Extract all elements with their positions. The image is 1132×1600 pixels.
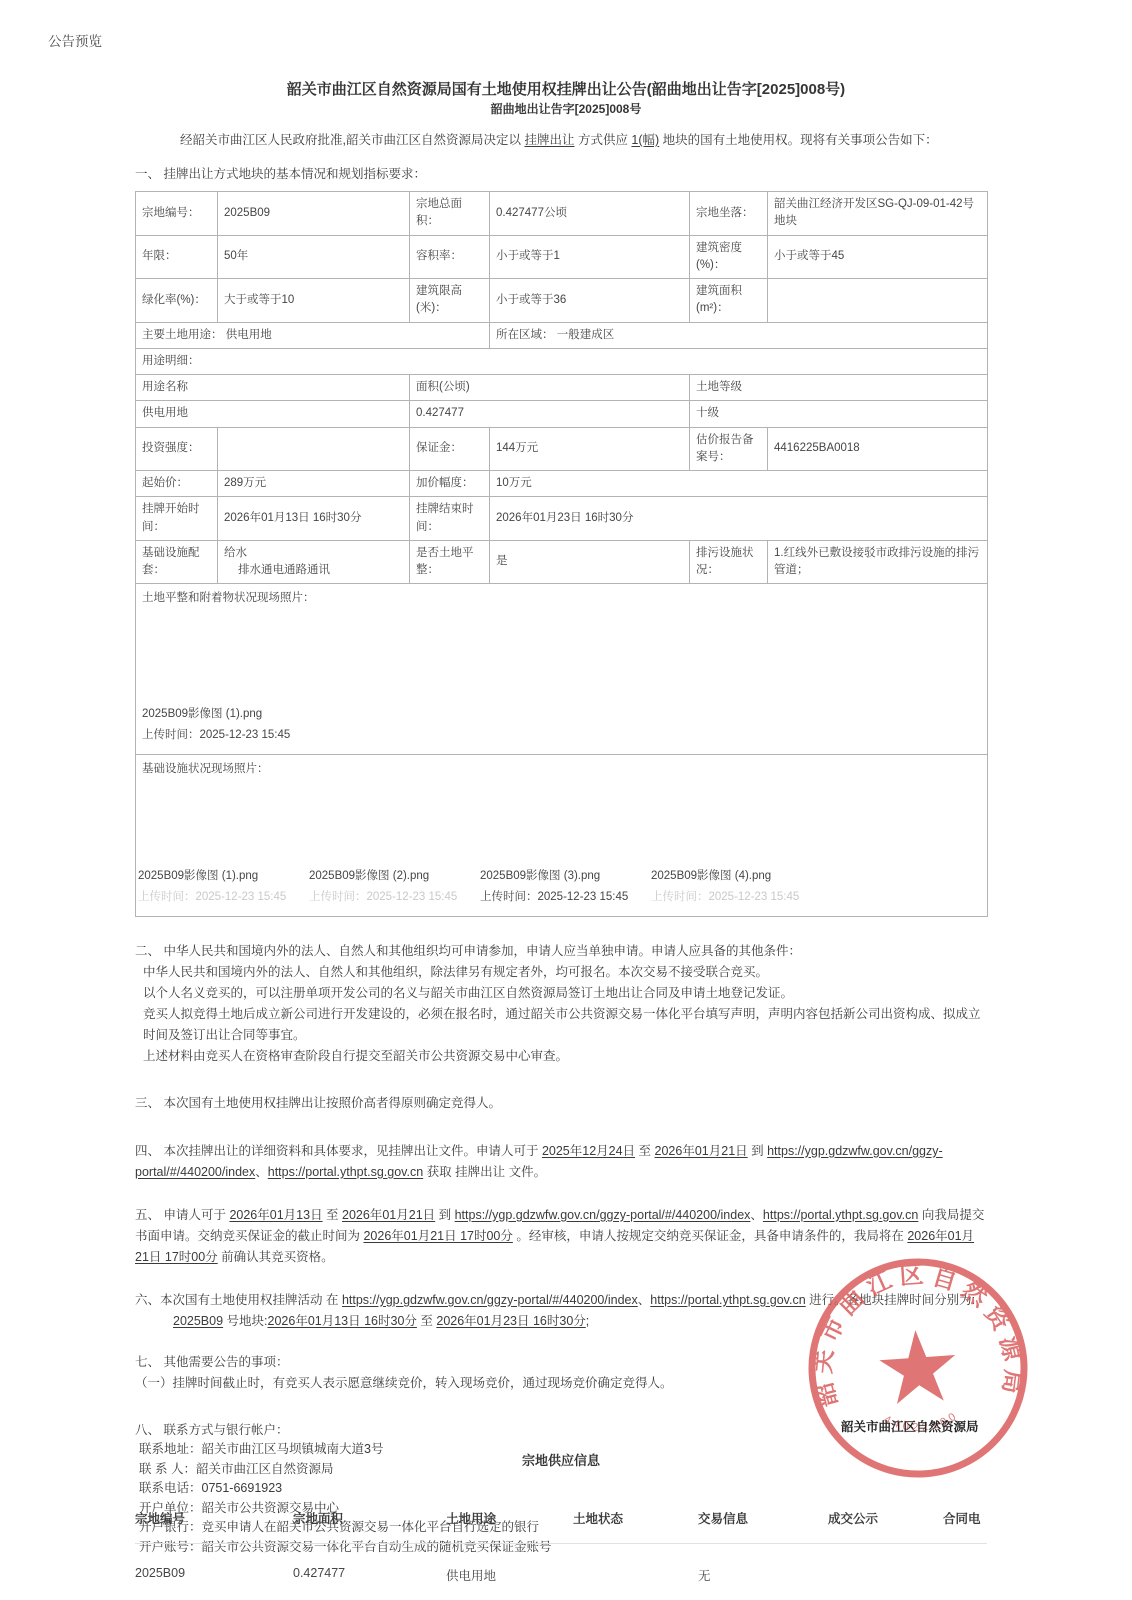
investment-label: 投资强度： <box>136 427 218 471</box>
col-land-status: 土地状态 <box>573 1509 698 1527</box>
text-segment: 、 <box>255 1165 268 1179</box>
parcel-info-table: 宗地编号： 2025B09 宗地总面积： 0.427477公顷 宗地坐落： 韶关… <box>135 191 988 917</box>
table-row: 起始价： 289万元 加价幅度： 10万元 <box>136 471 988 497</box>
photo1-filename: 2025B09影像图 (1).png <box>136 704 987 725</box>
use-header-name: 用途名称 <box>136 375 410 401</box>
text-segment: 、 <box>638 1293 651 1307</box>
text-segment: 2026年01月13日 16时30分 <box>268 1314 417 1328</box>
photo-filename: 2025B09影像图 (4).png <box>651 866 822 887</box>
photo-upload-time: 上传时间：2025-12-23 15:45 <box>138 887 309 908</box>
valuation-value: 4416225BA0018 <box>768 427 988 471</box>
start-price-value: 289万元 <box>218 471 410 497</box>
table-row: 挂牌开始时间： 2026年01月13日 16时30分 挂牌结束时间： 2026年… <box>136 497 988 541</box>
term-label: 年限： <box>136 235 218 279</box>
photo-upload-time: 上传时间：2025-12-23 15:45 <box>480 887 651 908</box>
cell-parcel-no: 2025B09 <box>135 1566 293 1584</box>
photo-upload-time: 上传时间：2025-12-23 15:45 <box>309 887 480 908</box>
text-segment: https://ygp.gdzwfw.gov.cn/ggzy-portal/#/… <box>342 1293 638 1307</box>
text-segment: 到 <box>748 1144 767 1158</box>
issuing-agency-signature: 韶关市曲江区自然资源局 <box>841 1417 979 1435</box>
col-parcel-area: 宗地面积 <box>293 1509 446 1527</box>
location-value: 韶关曲江经济开发区SG-QJ-09-01-42号地块 <box>768 192 988 236</box>
main-use-label: 主要土地用途： <box>142 329 223 341</box>
infra-label: 基础设施配套： <box>136 540 218 584</box>
text-segment: 2026年01月21日 17时00分 <box>363 1229 512 1243</box>
page-title: 韶关市曲江区自然资源局国有土地使用权挂牌出让公告(韶曲地出让告字[2025]00… <box>0 78 1132 99</box>
floor-area-value <box>768 279 988 323</box>
text-segment: 五、 申请人可于 <box>135 1208 229 1222</box>
region-cell: 所在区域： 一般建成区 <box>490 322 988 348</box>
col-parcel-no: 宗地编号 <box>135 1509 293 1527</box>
text-segment: 至 <box>635 1144 654 1158</box>
use-area-value: 0.427477 <box>410 401 690 427</box>
section3: 三、 本次国有土地使用权挂牌出让按照价高者得原则确定竞得人。 <box>135 1093 987 1114</box>
doc-number: 韶曲地出让告字[2025]008号 <box>0 100 1132 117</box>
site-photo-box-1: 土地平整和附着物状况现场照片： 2025B09影像图 (1).png 上传时间：… <box>136 584 987 754</box>
section1-heading: 一、 挂牌出让方式地块的基本情况和规划指标要求： <box>135 164 987 182</box>
text-segment: 2025年12月24日 <box>542 1144 635 1158</box>
increment-value: 10万元 <box>490 471 988 497</box>
table-row: 用途名称 面积(公顷) 土地等级 <box>136 375 988 401</box>
text-segment: https://ygp.gdzwfw.gov.cn/ggzy-portal/#/… <box>455 1208 751 1222</box>
table-row: 供电用地 0.427477 十级 <box>136 401 988 427</box>
sewage-value: 1.红线外已敷设接驳市政排污设施的排污管道； <box>768 540 988 584</box>
plot-ratio-value: 小于或等于1 <box>490 235 690 279</box>
photo2-file-list: 2025B09影像图 (1).png 上传时间：2025-12-23 15:45… <box>136 866 987 915</box>
text-segment: 号地块: <box>223 1314 267 1328</box>
text-segment: 、 <box>750 1208 763 1222</box>
use-name-value: 供电用地 <box>136 401 410 427</box>
infra-line2: 排水通电通路通讯 <box>224 562 403 579</box>
text-segment: 。经审核，申请人按规定交纳竞买保证金，具备申请条件的，我局将在 <box>513 1229 907 1243</box>
col-trade-info: 交易信息 <box>698 1509 828 1527</box>
use-header-area: 面积(公顷) <box>410 375 690 401</box>
table-row: 投资强度： 保证金： 144万元 估价报告备案号： 4416225BA0018 <box>136 427 988 471</box>
section2-line: 中华人民共和国境内外的法人、自然人和其他组织，除法律另有规定者外，均可报名。本次… <box>135 962 987 983</box>
text-segment: 前确认其竞买资格。 <box>218 1250 334 1264</box>
text-segment: 六、本次国有土地使用权挂牌活动 在 <box>135 1293 342 1307</box>
cell-contract <box>943 1566 987 1584</box>
floor-area-label: 建筑面积(m²)： <box>690 279 768 323</box>
supply-table: 宗地编号 宗地面积 土地用途 土地状态 交易信息 成交公示 合同电 2025B0… <box>135 1509 987 1584</box>
text-segment: 至 <box>417 1314 436 1328</box>
table-row: 基础设施状况现场照片： 2025B09影像图 (1).png 上传时间：2025… <box>136 755 988 917</box>
deposit-label: 保证金： <box>410 427 490 471</box>
intro-paragraph: 经韶关市曲江区人民政府批准,韶关市曲江区自然资源局决定以 挂牌出让 方式供应 1… <box>135 130 987 150</box>
table-row: 宗地编号： 2025B09 宗地总面积： 0.427477公顷 宗地坐落： 韶关… <box>136 192 988 236</box>
text-segment: 经韶关市曲江区人民政府批准,韶关市曲江区自然资源局决定以 <box>180 133 524 147</box>
text-segment: 2026年01月23日 16时30分 <box>436 1314 585 1328</box>
table-row: 年限： 50年 容积率： 小于或等于1 建筑密度(%)： 小于或等于45 <box>136 235 988 279</box>
density-label: 建筑密度(%)： <box>690 235 768 279</box>
total-area-label: 宗地总面积： <box>410 192 490 236</box>
listing-end-label: 挂牌结束时间： <box>410 497 490 541</box>
text-segment: 四、 本次挂牌出让的详细资料和具体要求，见挂牌出让文件。申请人可于 <box>135 1144 542 1158</box>
main-use-cell: 主要土地用途： 供电用地 <box>136 322 490 348</box>
seal-star-icon <box>877 1327 958 1405</box>
text-segment: 挂牌出让 <box>524 133 574 147</box>
sewage-label: 排污设施状况： <box>690 540 768 584</box>
green-value: 大于或等于10 <box>218 279 410 323</box>
supply-header-row: 宗地编号 宗地面积 土地用途 土地状态 交易信息 成交公示 合同电 <box>135 1509 987 1544</box>
valuation-label: 估价报告备案号： <box>690 427 768 471</box>
table-row: 主要土地用途： 供电用地 所在区域： 一般建成区 <box>136 322 988 348</box>
table-row: 土地平整和附着物状况现场照片： 2025B09影像图 (1).png 上传时间：… <box>136 584 988 755</box>
text-segment: 到 <box>435 1208 454 1222</box>
text-segment: https://portal.ythpt.sg.gov.cn <box>763 1208 918 1222</box>
supply-heading: 宗地供应信息 <box>135 1450 987 1469</box>
listing-end-value: 2026年01月23日 16时30分 <box>490 497 988 541</box>
cell-trade-info: 无 <box>698 1566 828 1584</box>
text-segment: 1(幅) <box>631 133 659 147</box>
listing-start-label: 挂牌开始时间： <box>136 497 218 541</box>
text-segment: 至 <box>323 1208 342 1222</box>
photo-filename: 2025B09影像图 (1).png <box>138 866 309 887</box>
start-price-label: 起始价： <box>136 471 218 497</box>
green-label: 绿化率(%)： <box>136 279 218 323</box>
cell-land-status <box>573 1566 698 1584</box>
text-segment: 地块的国有土地使用权。现将有关事项公告如下： <box>659 133 937 147</box>
section2-line: 竞买人拟竞得土地后成立新公司进行开发建设的，必须在报名时，通过韶关市公共资源交易… <box>135 1004 987 1046</box>
use-detail-label: 用途明细： <box>136 348 988 374</box>
parcel-no-label: 宗地编号： <box>136 192 218 236</box>
cell-land-use: 供电用地 <box>446 1566 573 1584</box>
text-segment: 2026年01月21日 <box>342 1208 435 1222</box>
level-value: 是 <box>490 540 690 584</box>
use-header-grade: 土地等级 <box>690 375 988 401</box>
use-grade-value: 十级 <box>690 401 988 427</box>
preview-label: 公告预览 <box>48 30 102 50</box>
region-value: 一般建成区 <box>557 329 615 341</box>
cell-deal-publicity <box>828 1566 943 1584</box>
photo1-label: 土地平整和附着物状况现场照片： <box>136 584 987 607</box>
list-item: 2025B09影像图 (3).png 上传时间：2025-12-23 15:45 <box>480 866 651 907</box>
text-segment: ; <box>586 1314 589 1328</box>
table-row: 绿化率(%)： 大于或等于10 建筑限高(米)： 小于或等于36 建筑面积(m²… <box>136 279 988 323</box>
plot-ratio-label: 容积率： <box>410 235 490 279</box>
photo2-label: 基础设施状况现场照片： <box>136 755 987 778</box>
text-segment: 2025B09 <box>173 1314 223 1328</box>
listing-start-value: 2026年01月13日 16时30分 <box>218 497 410 541</box>
investment-value <box>218 427 410 471</box>
location-label: 宗地坐落： <box>690 192 768 236</box>
photo-upload-time: 上传时间：2025-12-23 15:45 <box>651 887 822 908</box>
section2-line: 以个人名义竞买的，可以注册单项开发公司的名义与韶关市曲江区自然资源局签订土地出让… <box>135 983 987 1004</box>
parcel-supply-section: 宗地供应信息 宗地编号 宗地面积 土地用途 土地状态 交易信息 成交公示 合同电… <box>135 1450 987 1584</box>
text-segment: 2026年01月13日 <box>229 1208 322 1222</box>
term-value: 50年 <box>218 235 410 279</box>
text-segment: 2026年01月21日 <box>655 1144 748 1158</box>
density-value: 小于或等于45 <box>768 235 988 279</box>
list-item: 2025B09影像图 (2).png 上传时间：2025-12-23 15:45 <box>309 866 480 907</box>
text-segment: 方式供应 <box>574 133 631 147</box>
col-land-use: 土地用途 <box>446 1509 573 1527</box>
cell-parcel-area: 0.427477 <box>293 1566 446 1584</box>
deposit-value: 144万元 <box>490 427 690 471</box>
table-row: 基础设施配套： 给水 排水通电通路通讯 是否土地平整： 是 排污设施状况： 1.… <box>136 540 988 584</box>
parcel-no-value: 2025B09 <box>218 192 410 236</box>
col-contract: 合同电 <box>943 1509 987 1527</box>
photo1-upload-time: 上传时间：2025-12-23 15:45 <box>136 725 987 754</box>
photo-filename: 2025B09影像图 (3).png <box>480 866 651 887</box>
text-segment: https://portal.ythpt.sg.gov.cn <box>268 1165 423 1179</box>
supply-data-row: 2025B09 0.427477 供电用地 无 <box>135 1566 987 1584</box>
photo-filename: 2025B09影像图 (2).png <box>309 866 480 887</box>
section2: 二、 中华人民共和国境内外的法人、自然人和其他组织均可申请参加，申请人应当单独申… <box>135 941 987 1067</box>
height-limit-label: 建筑限高(米)： <box>410 279 490 323</box>
infra-line1: 给水 <box>224 545 403 562</box>
list-item: 2025B09影像图 (4).png 上传时间：2025-12-23 15:45 <box>651 866 822 907</box>
section4: 四、 本次挂牌出让的详细资料和具体要求，见挂牌出让文件。申请人可于 2025年1… <box>135 1141 987 1183</box>
col-deal-publicity: 成交公示 <box>828 1509 943 1527</box>
list-item: 2025B09影像图 (1).png 上传时间：2025-12-23 15:45 <box>138 866 309 907</box>
infra-value: 给水 排水通电通路通讯 <box>218 540 410 584</box>
text-segment: 获取 挂牌出让 文件。 <box>423 1165 546 1179</box>
height-limit-value: 小于或等于36 <box>490 279 690 323</box>
text-segment: https://portal.ythpt.sg.gov.cn <box>650 1293 805 1307</box>
level-label: 是否土地平整： <box>410 540 490 584</box>
total-area-value: 0.427477公顷 <box>490 192 690 236</box>
main-use-value: 供电用地 <box>226 329 272 341</box>
region-label: 所在区域： <box>496 329 554 341</box>
table-row: 用途明细： <box>136 348 988 374</box>
section2-heading: 二、 中华人民共和国境内外的法人、自然人和其他组织均可申请参加，申请人应当单独申… <box>135 941 987 962</box>
site-photo-box-2: 基础设施状况现场照片： 2025B09影像图 (1).png 上传时间：2025… <box>136 755 987 916</box>
section2-line: 上述材料由竞买人在资格审查阶段自行提交至韶关市公共资源交易中心审查。 <box>135 1046 987 1067</box>
increment-label: 加价幅度： <box>410 471 490 497</box>
